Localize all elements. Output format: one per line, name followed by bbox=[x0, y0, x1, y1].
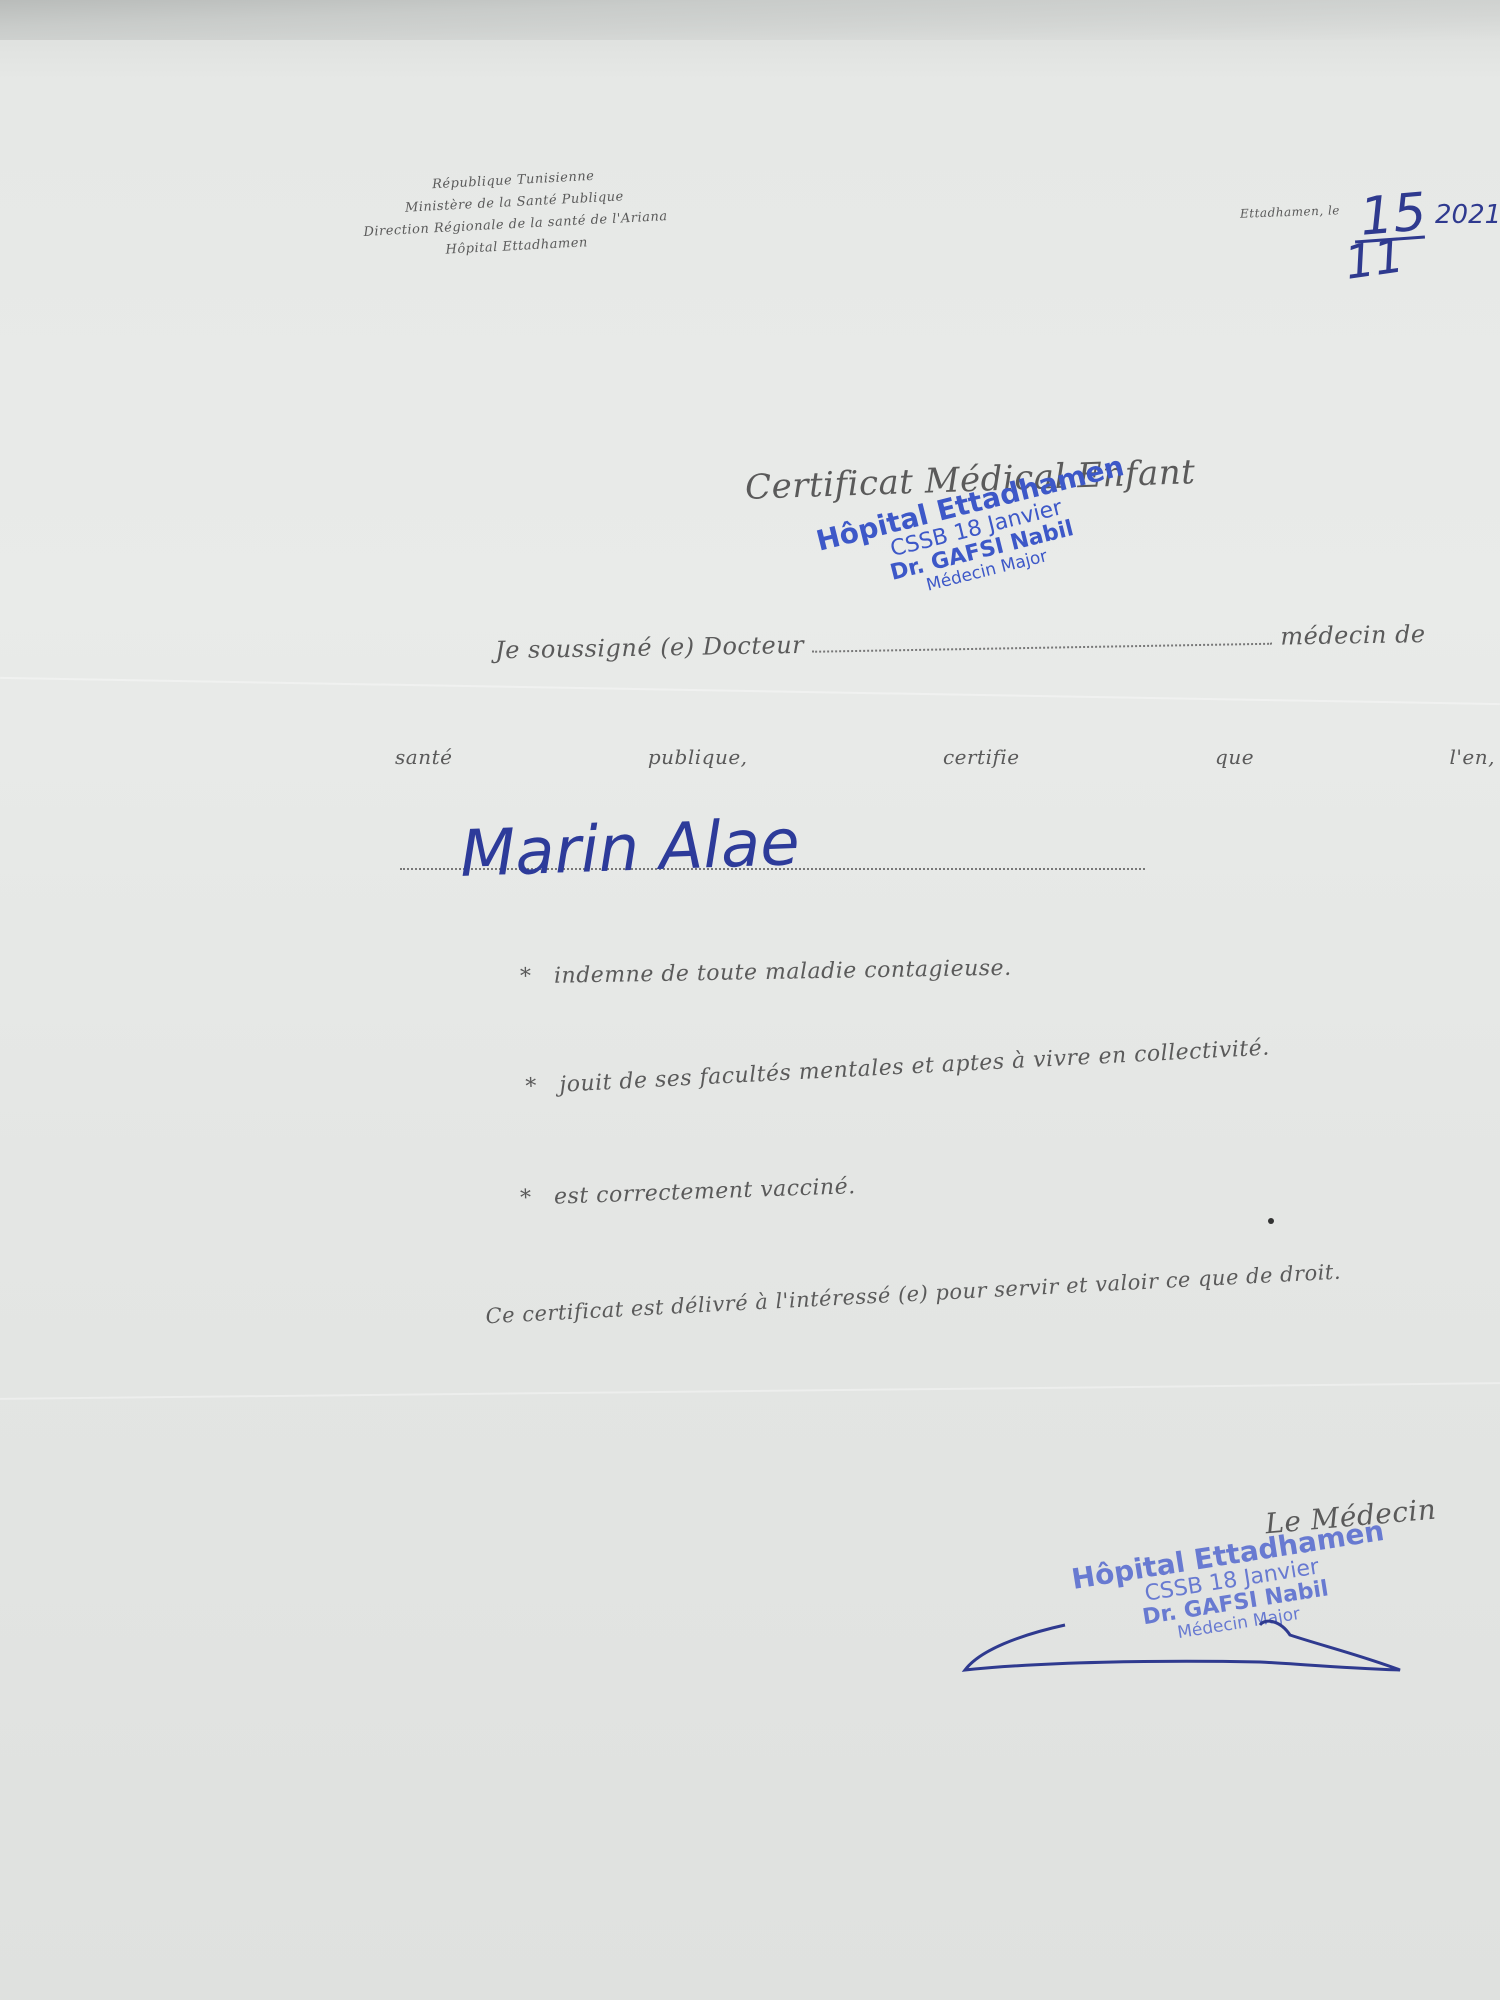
word: santé bbox=[395, 745, 452, 769]
word: l'en, bbox=[1450, 745, 1495, 769]
declaration-suffix: médecin de bbox=[1280, 620, 1426, 651]
doctor-name-blank bbox=[812, 643, 1272, 653]
doctor-signature bbox=[960, 1590, 1410, 1690]
paper-crease bbox=[0, 1382, 1500, 1400]
closing-statement: Ce certificat est délivré à l'intéressé … bbox=[485, 1260, 1342, 1329]
word: certifie bbox=[943, 745, 1020, 769]
date-month: 11 bbox=[1342, 228, 1407, 290]
declaration-line: Je soussigné (e) Docteur médecin de bbox=[495, 620, 1445, 665]
paper-top-fold bbox=[0, 0, 1500, 40]
bullet-item: * est correctement vacciné. bbox=[520, 1174, 856, 1211]
patient-name: Marin Alae bbox=[459, 806, 801, 892]
declaration-prefix: Je soussigné (e) Docteur bbox=[495, 631, 805, 664]
place-date-label: Ettadhamen, le bbox=[1240, 203, 1340, 220]
letterhead: République Tunisienne Ministère de la Sa… bbox=[328, 160, 702, 267]
word: publique, bbox=[648, 745, 748, 769]
bullet-item: * jouit de ses facultés mentales et apte… bbox=[525, 1036, 1270, 1100]
date-year: 2021 bbox=[1435, 200, 1500, 230]
bullet-item: * indemne de toute maladie contagieuse. bbox=[520, 956, 1012, 990]
declaration-line-2: santé publique, certifie que l'en, bbox=[395, 745, 1495, 769]
word: que bbox=[1215, 745, 1254, 769]
paper-crease bbox=[0, 677, 1500, 705]
paper-speck bbox=[1268, 1218, 1274, 1224]
